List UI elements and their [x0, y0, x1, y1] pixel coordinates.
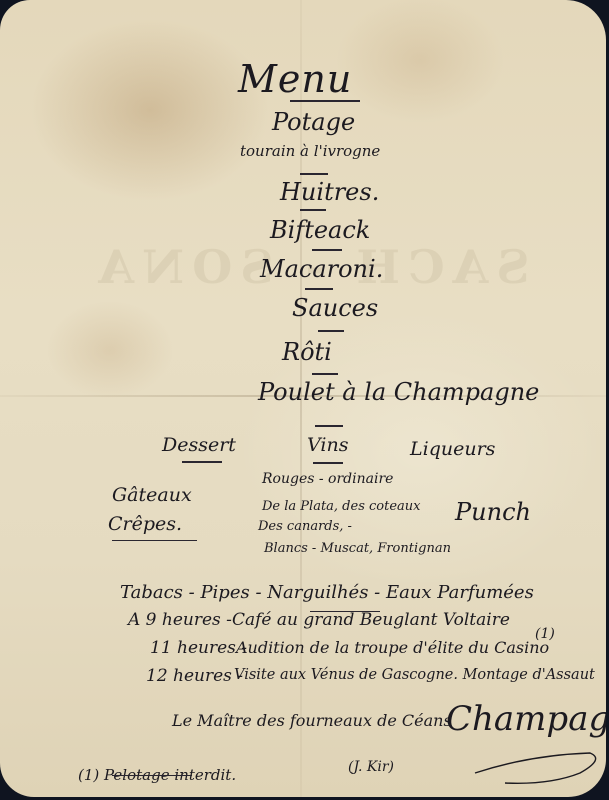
course-potage: Potage	[272, 110, 355, 134]
dessert-underline	[112, 540, 197, 541]
divider	[318, 330, 344, 332]
divider	[300, 173, 328, 175]
footnote-strikethrough	[112, 775, 192, 776]
liqueurs-item: Punch	[455, 500, 531, 524]
vins-item: Des canards, -	[258, 520, 352, 533]
signature: Champagne	[446, 702, 606, 736]
heading-liqueurs: Liqueurs	[410, 440, 495, 459]
divider	[315, 425, 343, 427]
course-potage-note: tourain à l'ivrogne	[240, 144, 380, 159]
course-sauces: Sauces	[292, 296, 378, 320]
heading-underline	[182, 461, 222, 463]
vins-item: Blancs - Muscat, Frontignan	[264, 542, 451, 555]
schedule-time: A 9 heures -	[128, 612, 232, 629]
heading-underline	[313, 462, 343, 464]
divider	[305, 288, 333, 290]
menu-card: SACH - SONA Menu Potage tourain à l'ivro…	[0, 0, 606, 797]
heading-vins: Vins	[307, 436, 348, 455]
course-roti: Rôti	[282, 340, 332, 364]
schedule-event: Audition de la troupe d'élite du Casino	[236, 640, 549, 656]
signature-flourish-icon	[470, 745, 600, 790]
schedule-time: 12 heures -	[146, 668, 243, 685]
course-poulet: Poulet à la Champagne	[258, 380, 539, 404]
divider	[290, 100, 360, 102]
signature-line: Le Maître des fourneaux de Céans	[172, 713, 452, 729]
course-huitres: Huitres.	[280, 180, 379, 204]
initials: (J. Kir)	[348, 760, 394, 774]
schedule-event: Visite aux Vénus de Gascogne. Montage d'…	[234, 668, 595, 683]
course-macaroni: Macaroni.	[260, 257, 383, 281]
vins-item: De la Plata, des coteaux	[262, 500, 420, 513]
extras-line: Tabacs - Pipes - Narguilhés - Eaux Parfu…	[120, 584, 534, 602]
divider	[312, 373, 338, 375]
dessert-item: Crêpes.	[108, 515, 182, 534]
divider	[300, 209, 326, 211]
vins-item: Rouges - ordinaire	[262, 472, 393, 486]
divider	[312, 249, 342, 251]
course-bifteack: Bifteack	[270, 218, 370, 242]
dessert-item: Gâteaux	[112, 486, 192, 505]
menu-title: Menu	[238, 60, 352, 98]
schedule-time: 11 heures -	[150, 640, 247, 657]
heading-dessert: Dessert	[162, 436, 236, 455]
schedule-event: Café au grand Beuglant Voltaire	[232, 612, 510, 629]
